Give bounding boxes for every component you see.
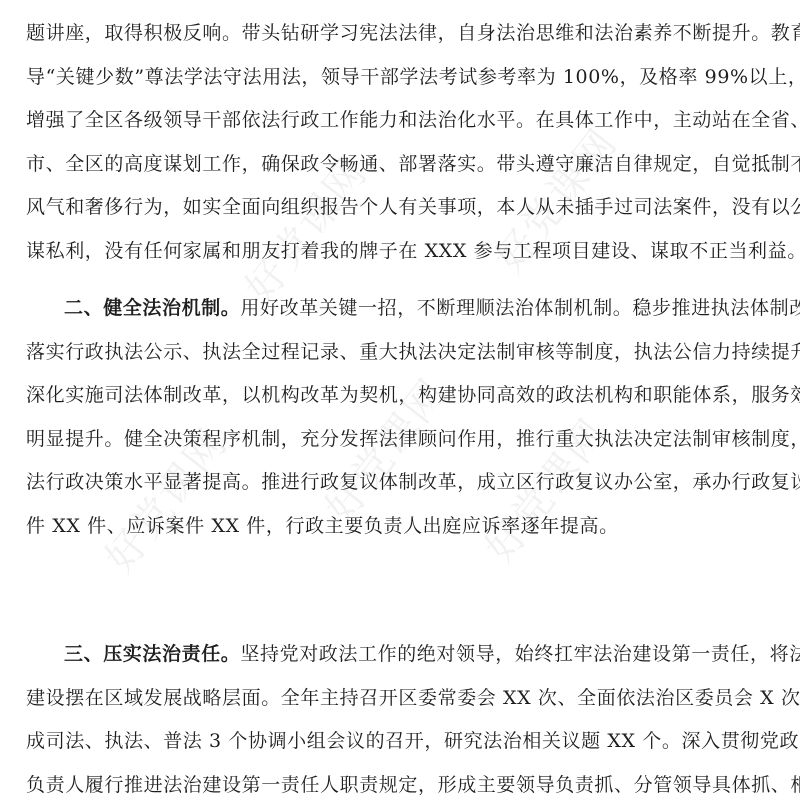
text-line: 深化实施司法体制改革，以机构改革为契机，构建协同高效的政法机构和职能体系，服务效… [26,374,778,418]
text-run: 用好改革关键一招，不断理顺法治体制机制。稳步推进执法体制改革， [240,297,800,319]
text-line: 增强了全区各级领导干部依法行政工作能力和法治化水平。在具体工作中，主动站在全省、… [26,99,778,143]
paragraph-legal-mechanism: 二、健全法治机制。用好改革关键一招，不断理顺法治体制机制。稳步推进执法体制改革，… [26,287,778,548]
text-line: 三、压实法治责任。坚持党对政法工作的绝对领导，始终扛牢法治建设第一责任，将法治 [26,633,778,677]
text-line: 明显提升。健全决策程序机制，充分发挥法律顾问作用，推行重大执法决定法制审核制度，… [26,418,778,462]
text-line: 风气和奢侈行为，如实全面向组织报告个人有关事项，本人从未插手过司法案件，没有以公… [26,186,778,230]
text-line: 二、健全法治机制。用好改革关键一招，不断理顺法治体制机制。稳步推进执法体制改革， [26,287,778,331]
text-line: 成司法、执法、普法 3 个协调小组会议的召开，研究法治相关议题 XX 个。深入贯… [26,720,778,764]
section-heading: 三、压实法治责任。 [64,643,240,665]
text-line: 落实行政执法公示、执法全过程记录、重大执法决定法制审核等制度，执法公信力持续提升… [26,331,778,375]
text-line: 建设摆在区域发展战略层面。全年主持召开区委常委会 XX 次、全面依法治区委员会 … [26,677,778,721]
paragraph-legal-responsibility: 三、压实法治责任。坚持党对政法工作的绝对领导，始终扛牢法治建设第一责任，将法治 … [26,633,778,800]
text-line: 导“关键少数”尊法学法守法用法，领导干部学法考试参考率为 100%，及格率 99… [26,56,778,100]
text-line: 市、全区的高度谋划工作，确保政令畅通、部署落实。带头遵守廉洁自律规定，自觉抵制不… [26,143,778,187]
text-line: 负责人履行推进法治建设第一责任人职责规定，形成主要领导负责抓、分管领导具体抓、相… [26,764,778,800]
text-line: 谋私利，没有任何家属和朋友打着我的牌子在 XXX 参与工程项目建设、谋取不正当利… [26,230,778,274]
text-line: 法行政决策水平显著提高。推进行政复议体制改革，成立区行政复议办公室，承办行政复议… [26,461,778,505]
text-run: 坚持党对政法工作的绝对领导，始终扛牢法治建设第一责任，将法治 [240,643,800,665]
section-heading: 二、健全法治机制。 [64,297,240,319]
document-page: 好党课网 好党课网 好党课网 好党课网 好党课网 题讲座，取得积极反响。带头钻研… [0,0,800,800]
paragraph-leadership-study: 题讲座，取得积极反响。带头钻研学习宪法法律，自身法治思维和法治素养不断提升。教育… [26,12,778,273]
text-line: 题讲座，取得积极反响。带头钻研学习宪法法律，自身法治思维和法治素养不断提升。教育… [26,12,778,56]
text-line: 件 XX 件、应诉案件 XX 件，行政主要负责人出庭应诉率逐年提高。 [26,505,778,549]
